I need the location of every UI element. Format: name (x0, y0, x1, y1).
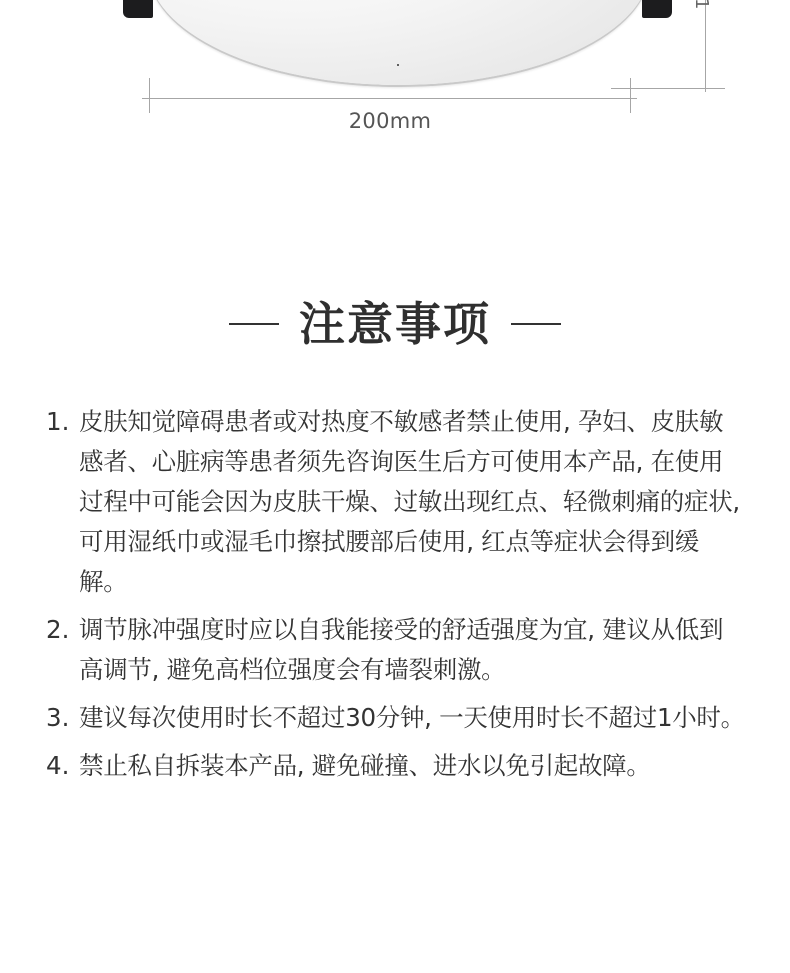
width-dimension-right-tick (630, 78, 631, 113)
right-strap (642, 0, 672, 18)
height-dimension-bottom-tick (611, 88, 725, 89)
page-title: 注意事项 (299, 293, 491, 355)
title-left-rule (229, 323, 279, 325)
left-strap (123, 0, 153, 18)
width-dimension-line (142, 98, 637, 99)
title-right-rule (511, 323, 561, 325)
list-item-number: 3. (46, 698, 79, 738)
width-dimension-label: 200mm (330, 109, 450, 133)
indicator-dot (397, 64, 399, 66)
precautions-list: 1. 皮肤知觉障碍患者或对热度不敏感者禁止使用, 孕妇、皮肤敏感者、心脏病等患者… (46, 402, 746, 794)
list-item: 4. 禁止私自拆装本产品, 避免碰撞、进水以免引起故障。 (46, 746, 746, 786)
list-item-text: 调节脉冲强度时应以自我能接受的舒适强度为宜, 建议从低到高调节, 避免高档位强度… (79, 610, 746, 690)
width-dimension-left-tick (149, 78, 150, 113)
list-item: 1. 皮肤知觉障碍患者或对热度不敏感者禁止使用, 孕妇、皮肤敏感者、心脏病等患者… (46, 402, 746, 602)
list-item-number: 4. (46, 746, 79, 786)
height-dimension-label: 1 (691, 0, 712, 9)
height-dimension-line (705, 0, 706, 92)
list-item: 2. 调节脉冲强度时应以自我能接受的舒适强度为宜, 建议从低到高调节, 避免高档… (46, 610, 746, 690)
section-heading: 注意事项 (0, 293, 790, 355)
list-item-text: 禁止私自拆装本产品, 避免碰撞、进水以免引起故障。 (79, 746, 746, 786)
list-item: 3. 建议每次使用时长不超过30分钟, 一天使用时长不超过1小时。 (46, 698, 746, 738)
product-dimension-diagram: 200mm 1 (0, 0, 790, 145)
list-item-text: 皮肤知觉障碍患者或对热度不敏感者禁止使用, 孕妇、皮肤敏感者、心脏病等患者须先咨… (79, 402, 746, 602)
list-item-text: 建议每次使用时长不超过30分钟, 一天使用时长不超过1小时。 (79, 698, 746, 738)
list-item-number: 2. (46, 610, 79, 650)
device-image (148, 0, 650, 85)
list-item-number: 1. (46, 402, 79, 442)
